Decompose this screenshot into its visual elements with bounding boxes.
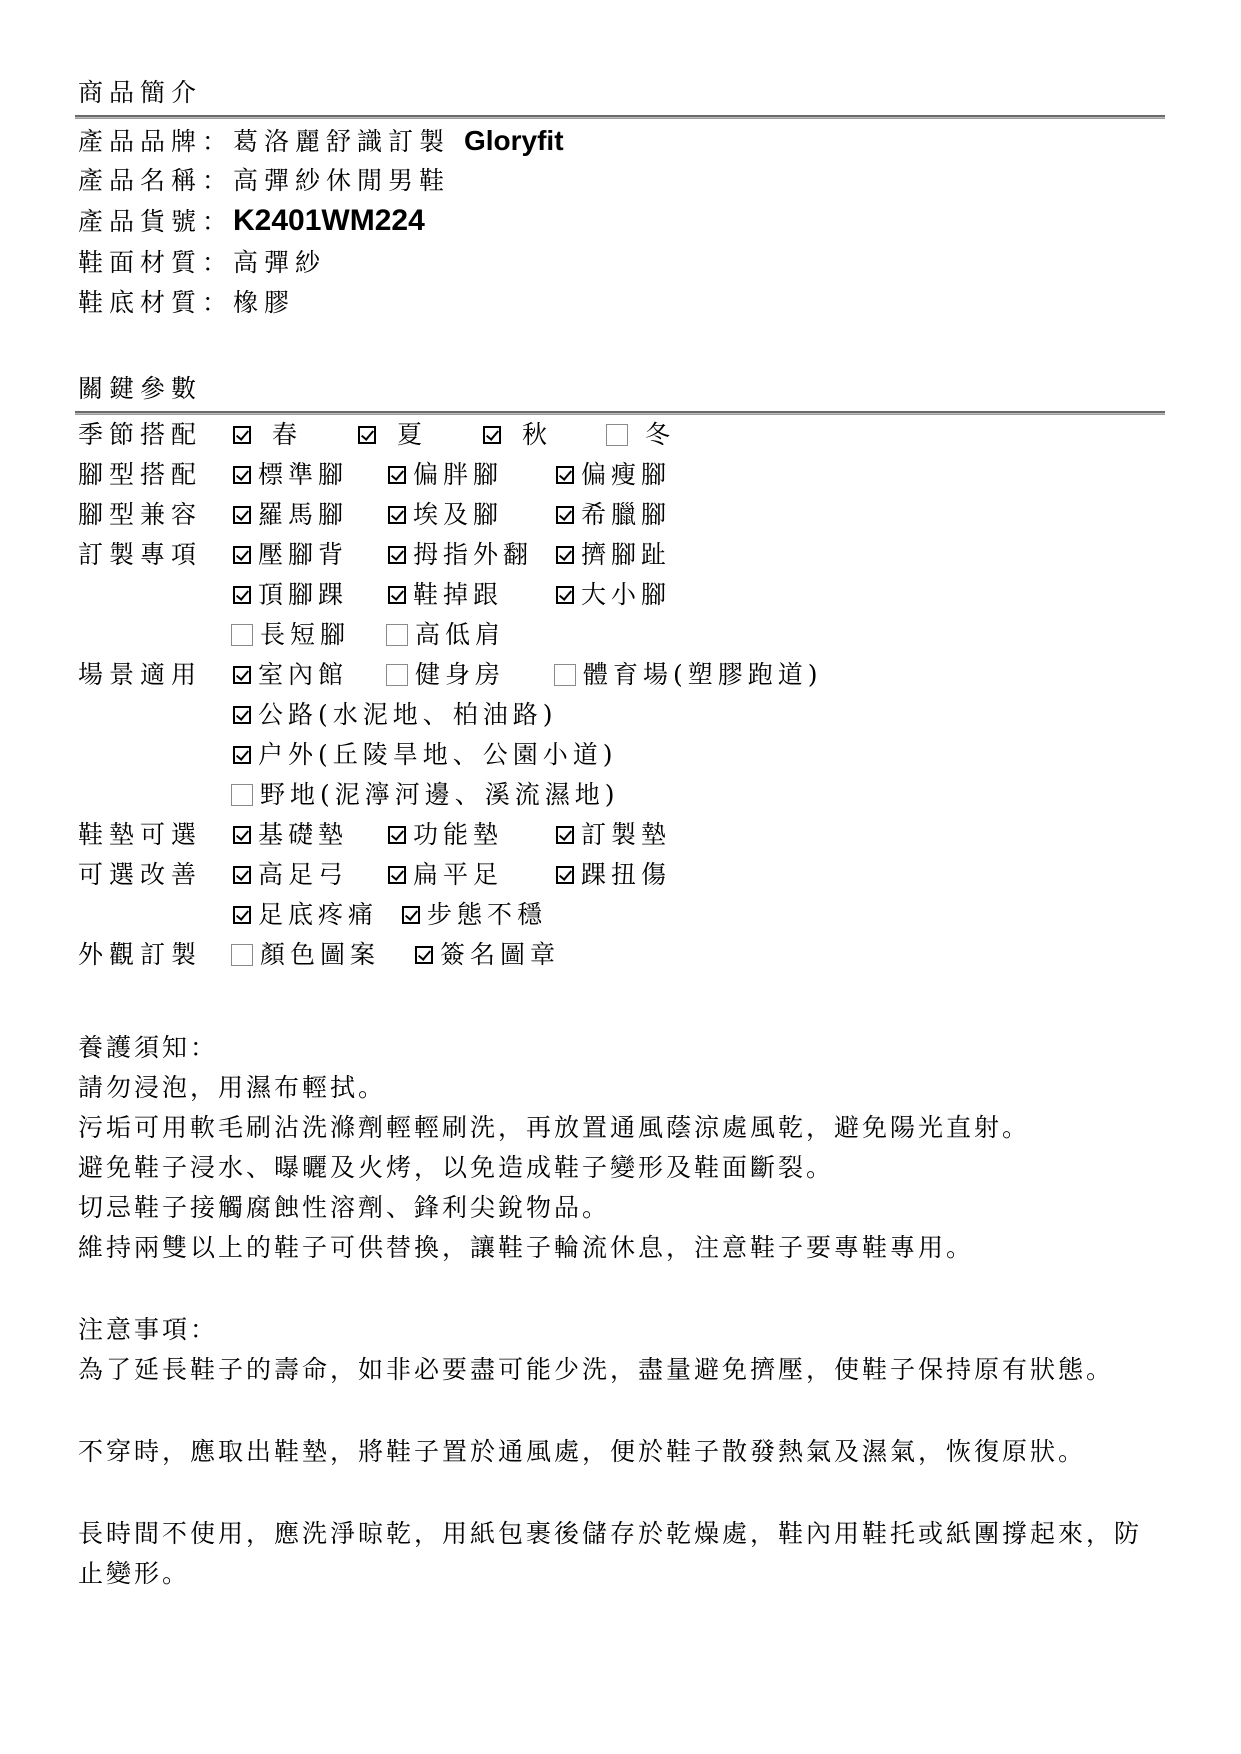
option-unstable-gait[interactable]: 步態不穩 [402,897,547,933]
checkbox-checked-icon[interactable] [402,906,420,924]
sole-material-value: 橡膠 [233,288,295,317]
checkbox-unchecked-icon[interactable] [231,784,253,806]
care-line: 切忌鞋子接觸腐蝕性溶劑、鋒利尖銳物品。 [78,1188,1153,1228]
option-functional-insole[interactable]: 功能墊 [388,817,503,853]
care-title: 養護須知： [78,1028,1153,1068]
option-custom-insole[interactable]: 訂製墊 [556,817,671,853]
option-road[interactable]: 公路(水泥地、柏油路) [233,697,558,733]
upper-material-row: 鞋面材質：高彈紗 [78,248,326,278]
checkbox-checked-icon[interactable] [233,546,251,564]
upper-material-label: 鞋面材質： [78,248,233,277]
brand-label: 產品品牌： [78,127,233,156]
care-line: 請勿浸泡，用濕布輕拭。 [78,1068,1153,1108]
notes-title: 注意事項： [78,1310,1153,1350]
option-ankle-rub[interactable]: 頂腳踝 [233,577,348,613]
notes-line: 不穿時，應取出鞋墊，將鞋子置於通風處，便於鞋子散發熱氣及濕氣，恢復原狀。 [78,1432,1153,1472]
option-bunion[interactable]: 拇指外翻 [388,537,533,573]
checkbox-checked-icon[interactable] [388,826,406,844]
checkbox-checked-icon[interactable] [233,706,251,724]
option-spring[interactable]: 春 [233,417,302,453]
option-outdoor[interactable]: 户外(丘陵旱地、公園小道) [233,737,618,773]
option-flat-foot[interactable]: 扁平足 [388,857,503,893]
brand-row: 產品品牌：葛洛麗舒識訂製 Gloryfit [78,126,564,157]
option-toe-squeeze[interactable]: 擠腳趾 [556,537,671,573]
option-shoulder-height[interactable]: 高低肩 [386,617,505,653]
option-summer[interactable]: 夏 [358,417,427,453]
checkbox-unchecked-icon[interactable] [386,664,408,686]
checkbox-checked-icon[interactable] [556,466,574,484]
option-heel-slip[interactable]: 鞋掉跟 [388,577,503,613]
checkbox-unchecked-icon[interactable] [231,944,253,966]
params-title: 關鍵參數 [78,374,202,404]
param-label: 場景適用 [78,657,202,693]
param-label: 可選改善 [78,857,202,893]
option-autumn[interactable]: 秋 [483,417,552,453]
checkbox-checked-icon[interactable] [233,866,251,884]
option-narrow-foot[interactable]: 偏瘦腳 [556,457,671,493]
param-label: 季節搭配 [78,417,202,453]
option-roman-foot[interactable]: 羅馬腳 [233,497,348,533]
checkbox-checked-icon[interactable] [233,426,251,444]
checkbox-checked-icon[interactable] [388,866,406,884]
product-name-label: 產品名稱： [78,166,233,195]
checkbox-checked-icon[interactable] [388,546,406,564]
checkbox-checked-icon[interactable] [233,466,251,484]
checkbox-unchecked-icon[interactable] [554,664,576,686]
notes-line: 長時間不使用，應洗淨晾乾，用紙包裹後儲存於乾燥處，鞋內用鞋托或紙團撐起來，防止變… [78,1514,1153,1594]
param-label: 腳型搭配 [78,457,202,493]
param-label: 腳型兼容 [78,497,202,533]
checkbox-checked-icon[interactable] [233,666,251,684]
param-label: 訂製專項 [78,537,202,573]
care-line: 避免鞋子浸水、曝曬及火烤，以免造成鞋子變形及鞋面斷裂。 [78,1148,1153,1188]
checkbox-checked-icon[interactable] [233,906,251,924]
checkbox-checked-icon[interactable] [415,946,433,964]
notes-line: 為了延長鞋子的壽命，如非必要盡可能少洗，盡量避免擠壓，使鞋子保持原有狀態。 [78,1350,1153,1390]
checkbox-checked-icon[interactable] [358,426,376,444]
checkbox-checked-icon[interactable] [556,866,574,884]
checkbox-checked-icon[interactable] [388,586,406,604]
checkbox-unchecked-icon[interactable] [231,624,253,646]
checkbox-checked-icon[interactable] [233,746,251,764]
option-signature-stamp[interactable]: 簽名圖章 [415,937,560,973]
checkbox-checked-icon[interactable] [556,586,574,604]
option-wide-foot[interactable]: 偏胖腳 [388,457,503,493]
checkbox-checked-icon[interactable] [556,546,574,564]
sole-material-label: 鞋底材質： [78,288,233,317]
product-code-label: 產品貨號： [78,207,233,236]
checkbox-checked-icon[interactable] [233,826,251,844]
checkbox-checked-icon[interactable] [483,426,501,444]
option-plantar-pain[interactable]: 足底疼痛 [233,897,378,933]
upper-material-value: 高彈紗 [233,248,326,277]
option-basic-insole[interactable]: 基礎墊 [233,817,348,853]
param-label: 鞋墊可選 [78,817,202,853]
option-leg-length[interactable]: 長短腳 [231,617,350,653]
option-high-arch[interactable]: 高足弓 [233,857,348,893]
option-uneven-feet[interactable]: 大小腳 [556,577,671,613]
checkbox-unchecked-icon[interactable] [606,424,628,446]
brand-value-latin: Gloryfit [464,125,564,156]
option-egyptian-foot[interactable]: 埃及腳 [388,497,503,533]
brand-value: 葛洛麗舒識訂製 [233,127,464,156]
care-line: 維持兩雙以上的鞋子可供替換，讓鞋子輪流休息，注意鞋子要專鞋專用。 [78,1228,1153,1268]
option-wild[interactable]: 野地(泥濘河邊、溪流濕地) [231,777,620,813]
param-label: 外觀訂製 [78,937,202,973]
checkbox-checked-icon[interactable] [388,506,406,524]
option-gym[interactable]: 健身房 [386,657,505,693]
intro-title: 商品簡介 [78,78,202,108]
product-name-value: 高彈紗休閒男鞋 [233,166,450,195]
checkbox-unchecked-icon[interactable] [386,624,408,646]
option-color-pattern[interactable]: 顏色圖案 [231,937,380,973]
checkbox-checked-icon[interactable] [233,506,251,524]
option-winter[interactable]: 冬 [606,417,675,453]
params-divider [75,411,1165,415]
sole-material-row: 鞋底材質：橡膠 [78,288,295,318]
product-code-row: 產品貨號：K2401WM224 [78,206,425,237]
care-line: 污垢可用軟毛刷沾洗滌劑輕輕刷洗，再放置通風蔭涼處風乾，避免陽光直射。 [78,1108,1153,1148]
product-code-value: K2401WM224 [233,204,425,237]
option-stadium[interactable]: 體育場(塑膠跑道) [554,657,823,693]
checkbox-checked-icon[interactable] [233,586,251,604]
option-greek-foot[interactable]: 希臘腳 [556,497,671,533]
option-instep-pressure[interactable]: 壓腳背 [233,537,348,573]
checkbox-checked-icon[interactable] [556,826,574,844]
checkbox-checked-icon[interactable] [388,466,406,484]
intro-divider [75,115,1165,119]
option-indoor[interactable]: 室內館 [233,657,348,693]
product-name-row: 產品名稱：高彈紗休閒男鞋 [78,166,450,196]
checkbox-checked-icon[interactable] [556,506,574,524]
option-ankle-sprain[interactable]: 踝扭傷 [556,857,671,893]
option-standard-foot[interactable]: 標準腳 [233,457,348,493]
